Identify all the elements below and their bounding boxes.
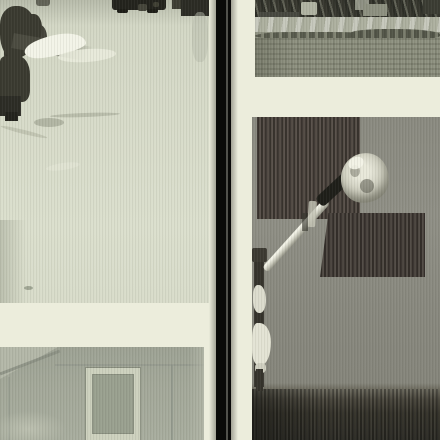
mic-stand-pole-lower <box>256 369 263 391</box>
dark-object-step <box>172 0 181 9</box>
small-dark-object <box>36 0 50 6</box>
small-dark-object <box>153 2 159 7</box>
stand-highlight <box>253 285 266 313</box>
left-top-photo <box>0 0 209 303</box>
wall-seam-horizontal <box>55 364 204 366</box>
page-edge-line <box>226 0 228 440</box>
ground-speck <box>24 286 33 290</box>
ground-smudge <box>0 124 48 139</box>
left-page <box>0 0 216 440</box>
dark-wall-panel-lower <box>320 213 425 277</box>
book-gutter <box>216 0 231 440</box>
light-patch <box>0 411 66 440</box>
scanned-yearbook-spread <box>0 0 440 440</box>
car-wheel <box>147 9 158 13</box>
left-bottom-photo <box>0 347 204 440</box>
microphone-head-shadow <box>360 179 374 193</box>
stand-highlight <box>252 323 271 365</box>
right-page <box>231 0 440 440</box>
right-light-strip <box>188 347 204 440</box>
light-streak <box>46 161 81 173</box>
ground-smudge <box>34 118 64 127</box>
mic-stand-joint <box>252 248 267 262</box>
ground-smudge <box>50 112 120 118</box>
right-top-photo <box>255 0 440 77</box>
left-edge-shading <box>0 220 26 303</box>
grass-shading <box>255 38 295 77</box>
dark-equipment-block <box>5 112 18 121</box>
car-wheel <box>117 9 128 13</box>
edge-smudge <box>192 12 208 62</box>
right-main-photo <box>252 117 440 440</box>
small-dark-object <box>138 4 147 11</box>
fitting-shadow <box>302 213 308 231</box>
distant-trees-light <box>363 4 387 16</box>
door-frame <box>86 368 140 440</box>
distant-trees-dark <box>423 0 440 14</box>
floor-shading <box>252 389 322 440</box>
bright-fitting <box>307 201 317 227</box>
wall-seam-vertical <box>171 365 173 440</box>
light-gap <box>301 2 317 15</box>
